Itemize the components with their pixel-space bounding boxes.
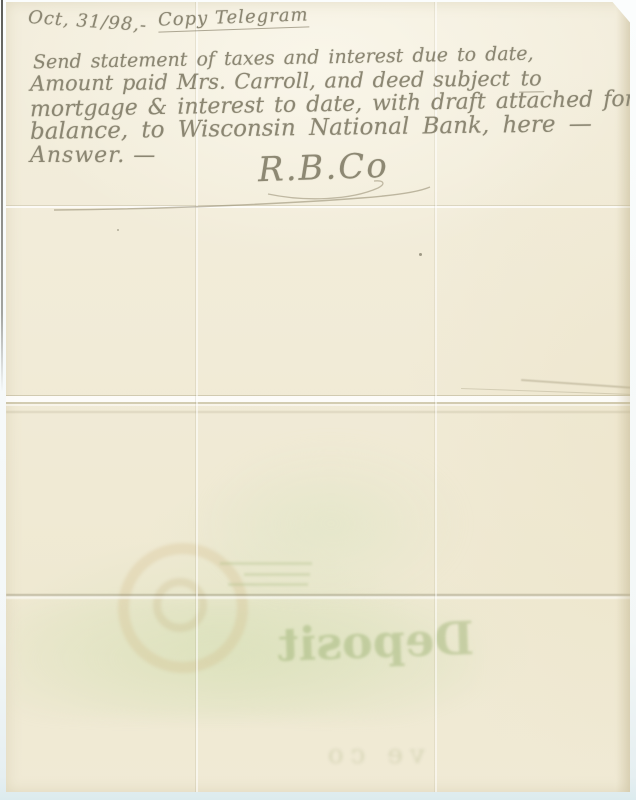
ink-speck	[117, 229, 119, 231]
horizontal-fold-crease	[6, 395, 636, 409]
mirrored-show-through-word: Deposit	[303, 611, 475, 671]
scanner-edge-artifact	[1, 0, 3, 392]
paper-wrinkle	[461, 388, 636, 395]
mirrored-show-through-fragment: ve co	[321, 740, 425, 770]
verso-print-line-ghost	[220, 562, 312, 565]
document-heading: Copy Telegram	[158, 4, 309, 32]
answer-line: Answer. —	[30, 143, 156, 168]
date-text: Oct, 31/98,-	[27, 7, 147, 36]
verso-print-line-ghost	[244, 573, 310, 576]
verso-print-line-ghost	[228, 583, 308, 586]
signature: R.B.Co	[257, 146, 389, 191]
letter-paper: Deposit ve co Oct, 31/98,- Copy Telegram…	[6, 2, 630, 792]
horizontal-fold-crease	[6, 594, 636, 600]
horizontal-fold-crease	[6, 411, 636, 413]
ink-speck	[419, 253, 422, 256]
scanned-document-canvas: Deposit ve co Oct, 31/98,- Copy Telegram…	[0, 0, 636, 800]
right-edge-fold-shading	[616, 2, 630, 792]
horizontal-fold-crease	[6, 205, 636, 209]
